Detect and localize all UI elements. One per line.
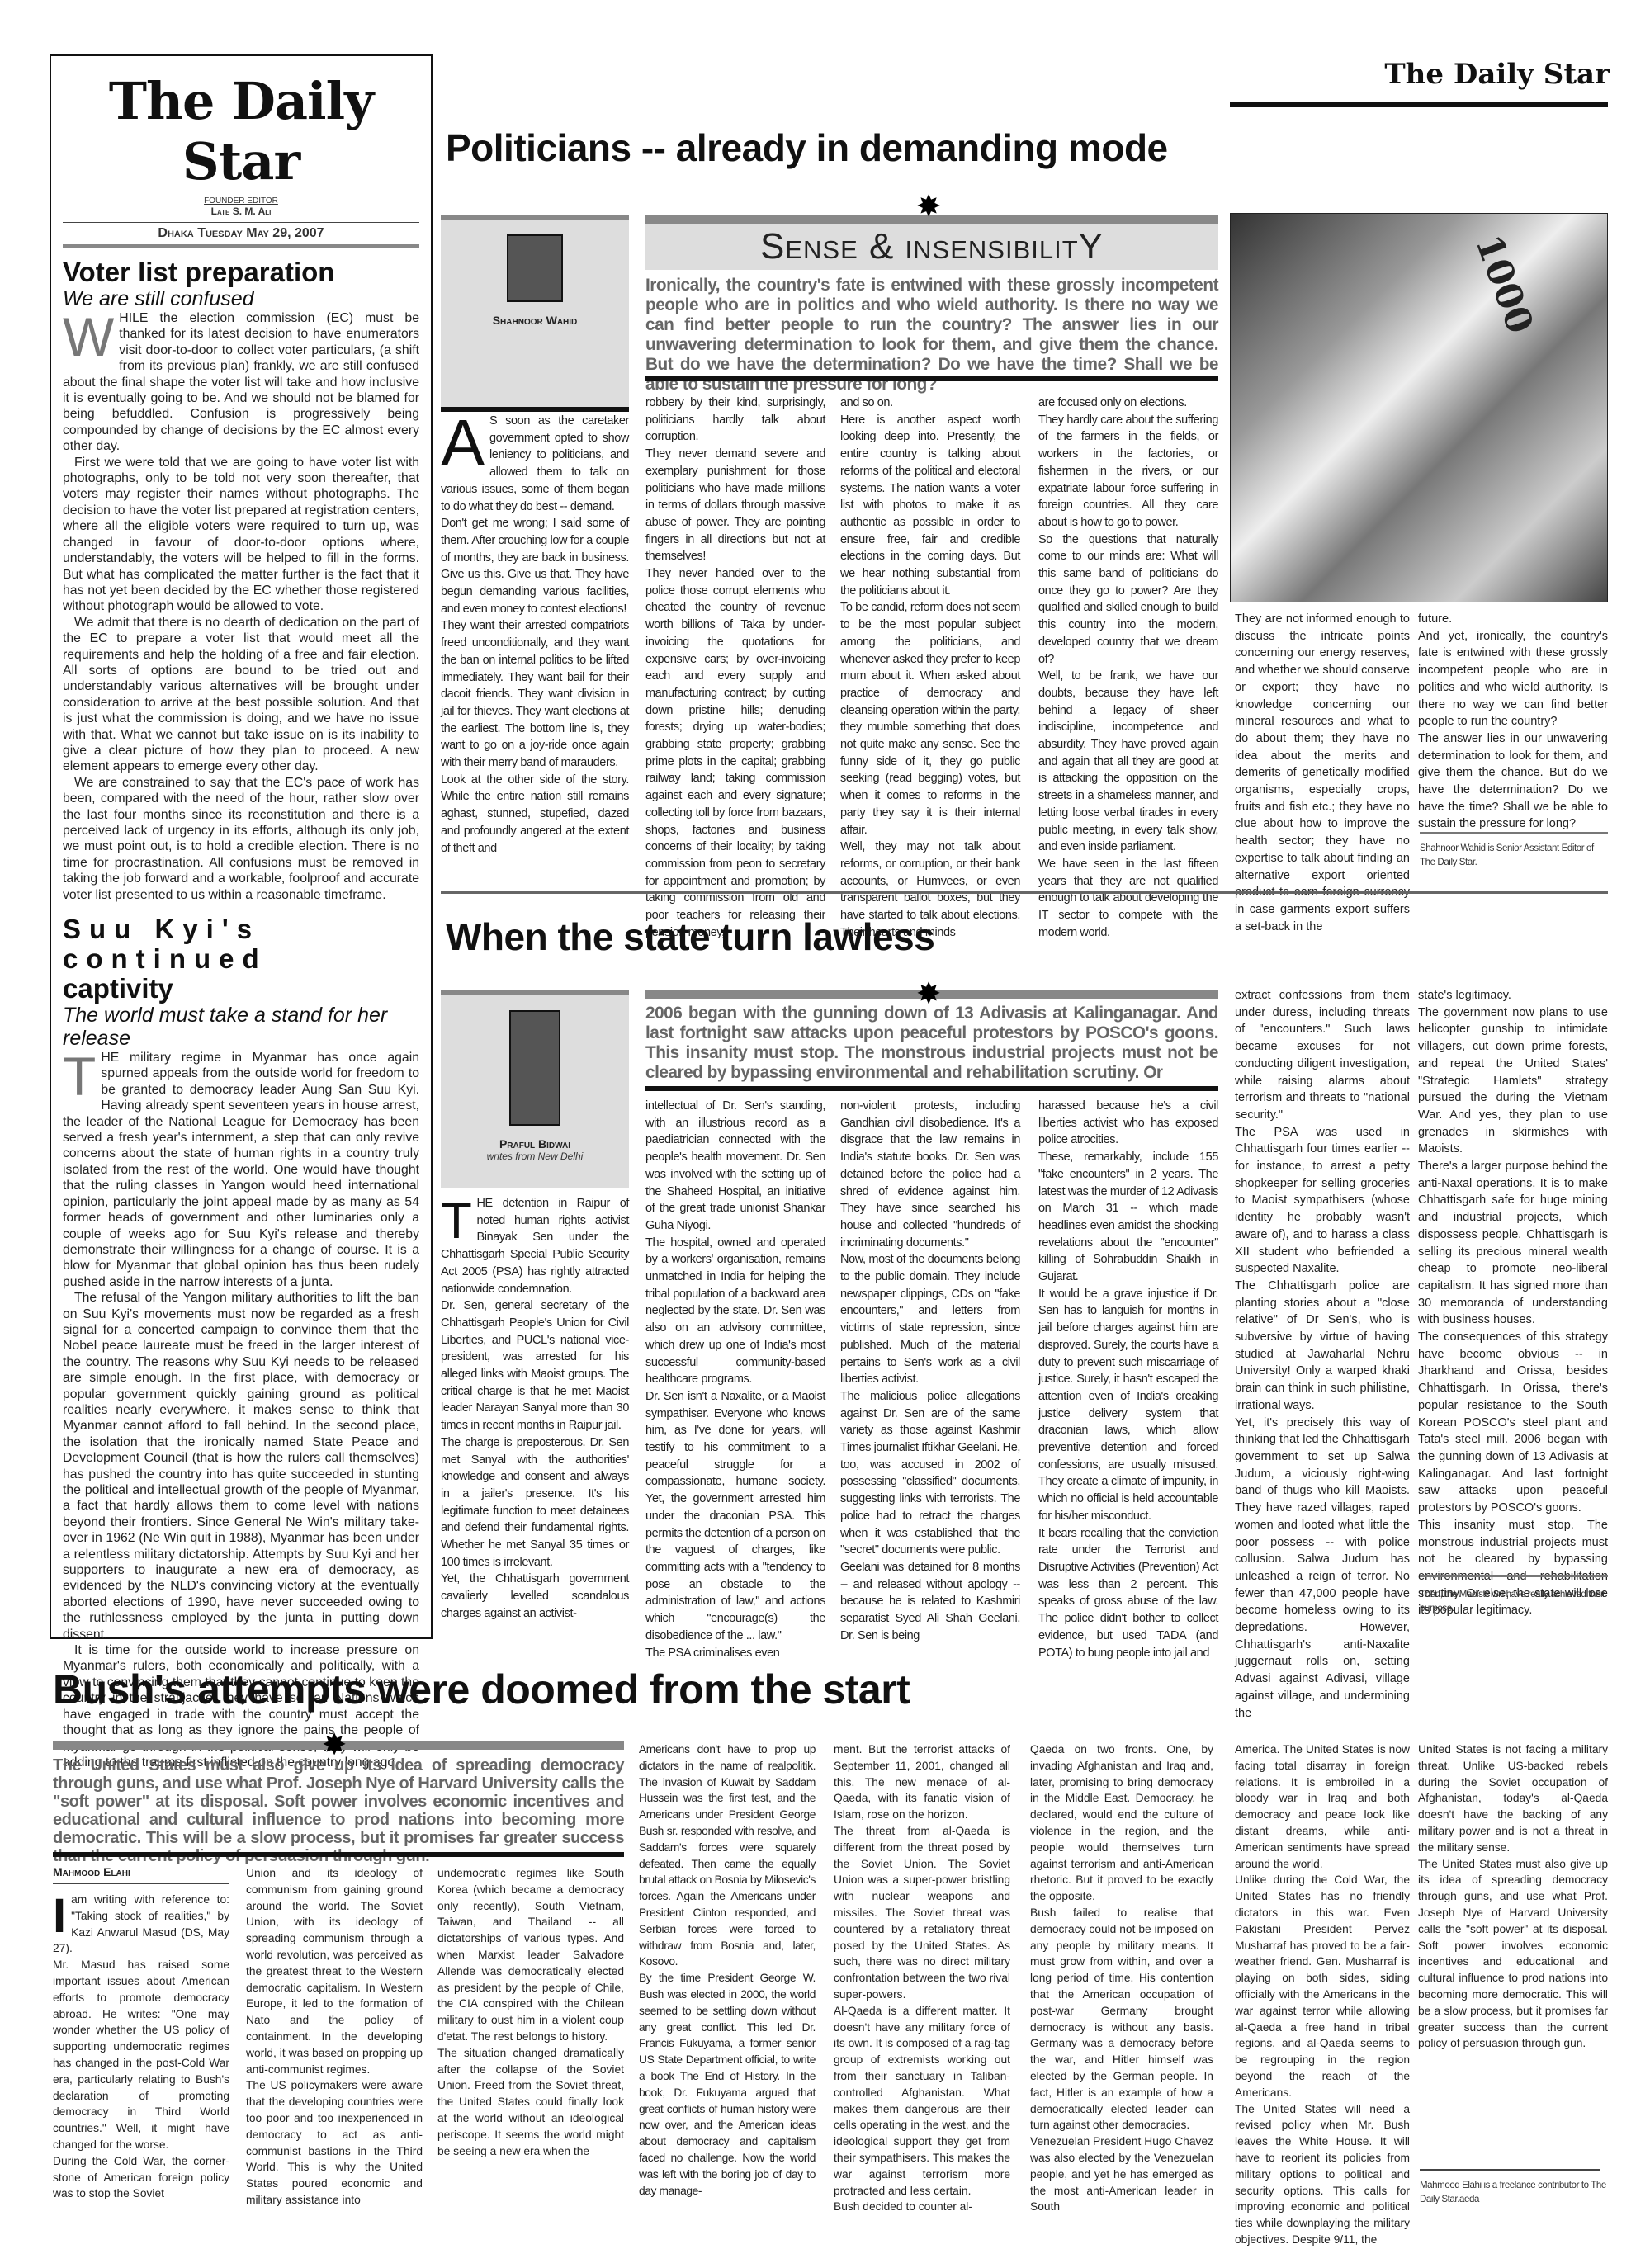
editorial-1-body: W HILE the election commission (EC) must… xyxy=(63,310,419,903)
article-3-col-1: I am writing with reference to: "Taking … xyxy=(53,1892,229,2202)
column-text: am writing with reference to: "Taking st… xyxy=(53,1892,229,2202)
article-2-headline: When the state turn lawless xyxy=(446,914,934,959)
drop-cap: I xyxy=(53,1895,66,1938)
paragraph: We admit that there is no dearth of dedi… xyxy=(63,615,419,775)
article-3-col-3: undemocratic regimes like South Korea (w… xyxy=(437,1865,624,2159)
article-2-col-5: extract confessions from them under dure… xyxy=(1235,987,1410,1722)
editorial-box: The Daily Star FOUNDER EDITOR Late S. M.… xyxy=(50,54,433,1639)
illustration-handcuffs-banknote: 1000 xyxy=(1230,213,1608,602)
author-name: Mahmood Elahi xyxy=(53,1865,229,1884)
masthead-logo-small: The Daily Star xyxy=(1337,58,1610,91)
paragraph: HILE the election commission (EC) must b… xyxy=(63,310,419,455)
author-photo xyxy=(509,1010,560,1126)
drop-cap: A xyxy=(441,416,485,470)
article-2-col-3: non-violent protests, including Gandhian… xyxy=(840,1098,1020,1645)
divider xyxy=(53,1852,624,1857)
banknote-value: 1000 xyxy=(1467,229,1541,339)
editorial-2-subhead: The world must take a stand for her rele… xyxy=(63,1004,419,1050)
paragraph: The refusal of the Yangon military autho… xyxy=(63,1290,419,1642)
author-name: Praful Bidwai xyxy=(441,1137,629,1151)
article-1-author-note: Shahnoor Wahid is Senior Assistant Edito… xyxy=(1420,842,1608,870)
author-panel: Praful Bidwai writes from New Delhi xyxy=(441,990,629,1188)
editorial-2-body: T HE military regime in Myanmar has once… xyxy=(63,1050,419,1770)
editorial-2-headline-line1: Suu Kyi's continued xyxy=(63,914,419,974)
article-2-col-4: harassed because he's a civil liberties … xyxy=(1038,1098,1218,1661)
author-name: Shahnoor Wahid xyxy=(441,314,629,327)
article-2-col-1: T HE detention in Raipur of noted human … xyxy=(441,1195,629,1623)
divider xyxy=(645,376,1218,381)
article-2-deck: 2006 began with the gunning down of 13 A… xyxy=(645,1004,1218,1083)
drop-cap: W xyxy=(63,314,114,360)
founder-name: Late S. M. Ali xyxy=(63,206,419,217)
article-1-col-6: future. And yet, ironically, the country… xyxy=(1418,611,1608,833)
article-3-col-2: Union and its ideology of communism from… xyxy=(246,1865,423,2209)
article-3-col-4: Americans don't have to prop up dictator… xyxy=(639,1741,816,2199)
article-2-col-2: intellectual of Dr. Sen's standing, with… xyxy=(645,1098,825,1661)
article-3-deck: The United States must also give up its … xyxy=(53,1756,624,1865)
author-photo xyxy=(507,234,563,302)
article-3-author-note: Mahmood Elahi is a freelance contributor… xyxy=(1420,2179,1608,2207)
dateline: Dhaka Tuesday May 29, 2007 xyxy=(63,222,419,248)
article-1-col-5: They are not informed enough to discuss … xyxy=(1235,611,1410,935)
article-1-headline: Politicians -- already in demanding mode xyxy=(446,125,1168,170)
article-2-author-note: Then, the Maoists will have really achie… xyxy=(1420,1588,1608,1616)
divider xyxy=(1420,1575,1608,1577)
divider xyxy=(1420,832,1608,834)
masthead-rule xyxy=(1230,102,1608,107)
drop-cap: T xyxy=(63,1053,96,1099)
article-3-col-6: Qaeda on two fronts. One, by invading Af… xyxy=(1030,1741,1213,2215)
drop-cap: T xyxy=(441,1198,471,1245)
paragraph: HE military regime in Myanmar has once a… xyxy=(63,1050,419,1290)
article-1-col-3: and so on. Here is another aspect worth … xyxy=(840,395,1020,942)
editorial-2-headline-line2: captivity xyxy=(63,974,419,1004)
article-3-col-5: ment. But the terrorist attacks of Septe… xyxy=(834,1741,1010,2215)
article-3-headline: Bush's attempts were doomed from the sta… xyxy=(53,1666,910,1713)
star-icon: ✸ xyxy=(322,1730,347,1760)
article-1-col-1: A S soon as the caretaker government opt… xyxy=(441,413,629,857)
masthead-logo: The Daily Star xyxy=(63,71,419,191)
divider xyxy=(1420,2169,1600,2171)
article-1-col-2: robbery by their kind, surprisingly, pol… xyxy=(645,395,825,942)
star-icon: ✸ xyxy=(916,191,941,221)
divider xyxy=(645,1086,1218,1091)
section-divider xyxy=(441,891,1608,894)
author-location: writes from New Delhi xyxy=(441,1151,629,1162)
paragraph: First we were told that we are going to … xyxy=(63,455,419,615)
author-panel: Shahnoor Wahid xyxy=(441,215,629,407)
column-banner: Sense & insensibilitY xyxy=(645,215,1218,270)
article-3-col-7: America. The United States is now facing… xyxy=(1235,1741,1410,2248)
article-2-col-6: state's legitimacy. The government now p… xyxy=(1418,987,1608,1619)
column-banner-title: Sense & insensibilitY xyxy=(645,224,1218,270)
article-1-col-4: are focused only on elections. They hard… xyxy=(1038,395,1218,942)
article-3-col-8: United States is not facing a military t… xyxy=(1418,1741,1608,2052)
editorial-1-headline: Voter list preparation xyxy=(63,258,419,287)
founder-label: FOUNDER EDITOR xyxy=(63,196,419,206)
column-text: HE detention in Raipur of noted human ri… xyxy=(441,1195,629,1623)
editorial-1-subhead: We are still confused xyxy=(63,287,419,310)
paragraph: We are constrained to say that the EC's … xyxy=(63,775,419,903)
